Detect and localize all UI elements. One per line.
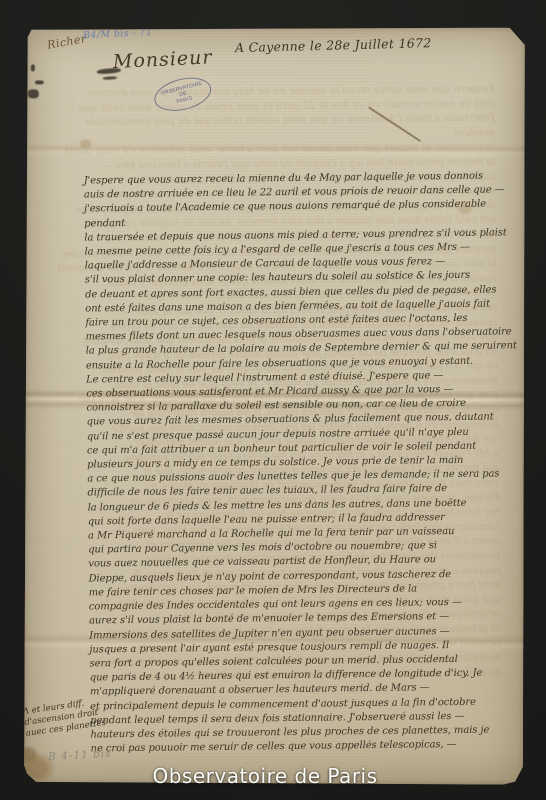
ink-smudge	[35, 80, 44, 84]
ink-smudge	[28, 89, 39, 98]
ink-smudge	[103, 76, 117, 80]
letter-dateline: A Cayenne le 28e Juillet 1672	[235, 34, 465, 55]
letter-salutation: Monsieur	[112, 46, 213, 73]
letter-body: J'espere que vous aurez receu la mienne …	[84, 169, 531, 757]
archivist-author-note: Richer	[46, 32, 87, 52]
ink-smudge	[97, 68, 121, 75]
archive-photo-page: { "photo": { "caption": "Observatoire de…	[0, 0, 546, 800]
archive-cote-blue: B4/M bis - 71	[83, 27, 153, 41]
manuscript-letter-sheet: J'espere que vous aurez receu la mienne …	[24, 26, 525, 784]
stamp-line-3: PARIS	[176, 96, 193, 104]
archive-cote-pencil: B 4-11 bis	[48, 748, 112, 763]
ink-smudge	[31, 64, 35, 71]
photo-caption: Observatoire de Paris	[0, 764, 538, 788]
